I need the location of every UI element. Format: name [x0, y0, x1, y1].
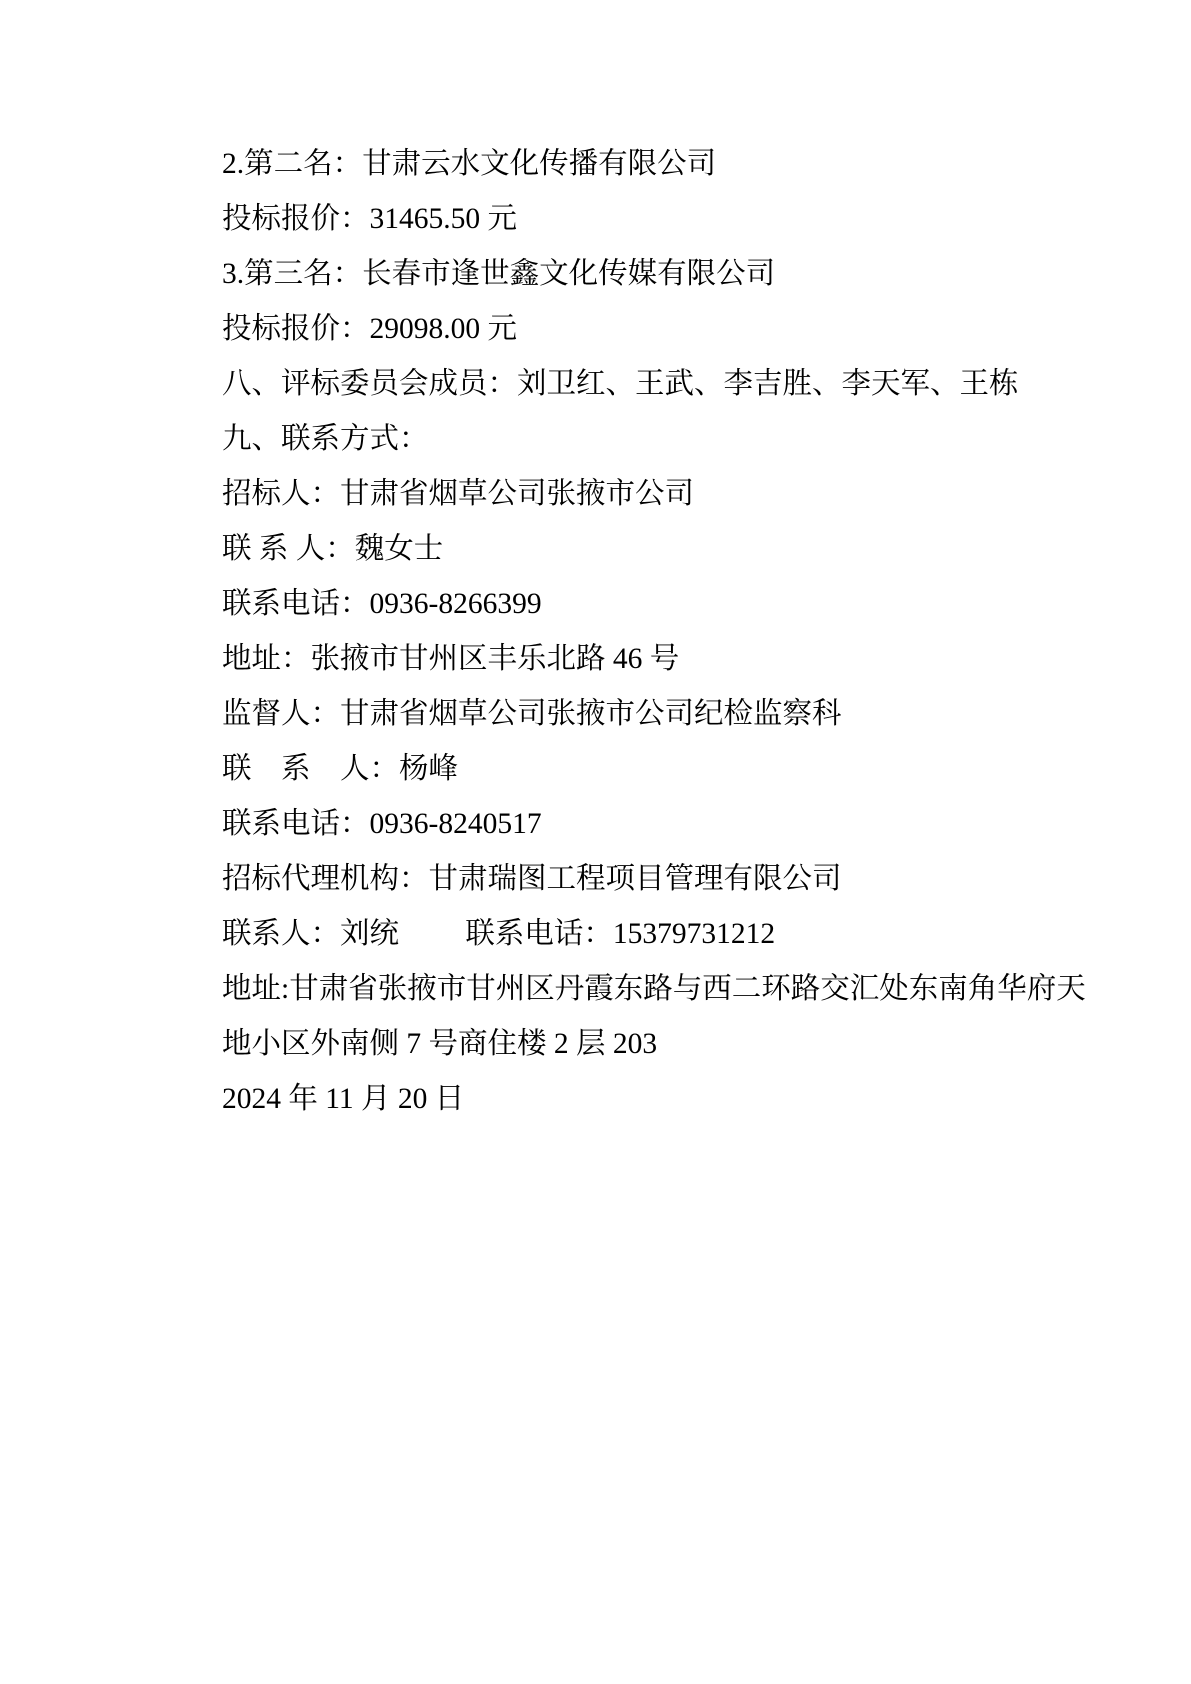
- agency-address-line-2: 地小区外南侧 7 号商住楼 2 层 203: [222, 1017, 1131, 1072]
- agency-contact-and-phone-line: 联系人：刘统 联系电话：15379731212: [222, 907, 1131, 962]
- supervisor-line: 监督人：甘肃省烟草公司张掖市公司纪检监察科: [222, 687, 1131, 742]
- tenderer-line: 招标人：甘肃省烟草公司张掖市公司: [222, 467, 1131, 522]
- date-line: 2024 年 11 月 20 日: [222, 1072, 1131, 1127]
- third-place-line: 3.第三名：长春市逢世鑫文化传媒有限公司: [222, 247, 1131, 302]
- second-place-bid-price-line: 投标报价：31465.50 元: [222, 192, 1131, 247]
- agency-address-line-1: 地址:甘肃省张掖市甘州区丹霞东路与西二环路交汇处东南角华府天: [222, 962, 1131, 1017]
- third-place-bid-price-line: 投标报价：29098.00 元: [222, 302, 1131, 357]
- contact-section-heading: 九、联系方式：: [222, 412, 1131, 467]
- evaluation-committee-line: 八、评标委员会成员：刘卫红、王武、李吉胜、李天军、王栋: [222, 357, 1131, 412]
- supervisor-contact-person-line: 联 系 人：杨峰: [222, 742, 1131, 797]
- supervisor-phone-line: 联系电话：0936-8240517: [222, 797, 1131, 852]
- second-place-line: 2.第二名：甘肃云水文化传播有限公司: [222, 137, 1131, 192]
- document-page: 2.第二名：甘肃云水文化传播有限公司 投标报价：31465.50 元 3.第三名…: [0, 0, 1191, 1684]
- tenderer-contact-person-line: 联 系 人：魏女士: [222, 522, 1131, 577]
- document-body: 2.第二名：甘肃云水文化传播有限公司 投标报价：31465.50 元 3.第三名…: [222, 137, 1131, 1127]
- tenderer-address-line: 地址：张掖市甘州区丰乐北路 46 号: [222, 632, 1131, 687]
- agency-line: 招标代理机构：甘肃瑞图工程项目管理有限公司: [222, 852, 1131, 907]
- tenderer-phone-line: 联系电话：0936-8266399: [222, 577, 1131, 632]
